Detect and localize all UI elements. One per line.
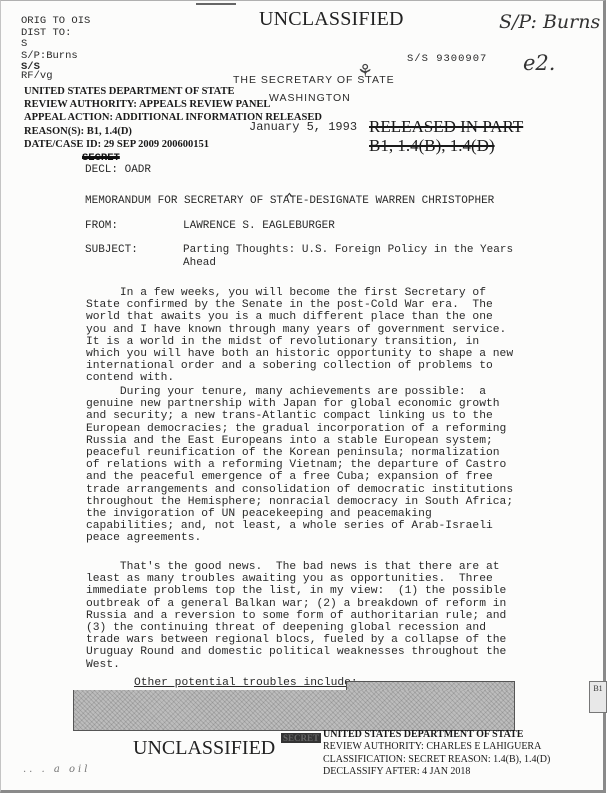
stamp-line: DATE/CASE ID: 29 SEP 2009 200600151 (24, 138, 322, 151)
routing-block: ORIG TO OIS DIST TO: S S/P:Burns S/S RF/… (21, 16, 90, 82)
from-value: LAWRENCE S. EAGLEBURGER (183, 220, 335, 232)
stamp-line: REVIEW AUTHORITY: CHARLES E LAHIGUERA (323, 741, 550, 753)
classification-bottom: UNCLASSIFIED (133, 737, 275, 760)
stamp-line: UNITED STATES DEPARTMENT OF STATE (24, 85, 322, 98)
release-reasons-stamp: B1, 1.4(B), 1.4(D) (369, 136, 495, 156)
declassification-line: DECL: OADR (85, 164, 151, 176)
from-label: FROM: (85, 220, 118, 232)
routing-line: ORIG TO OIS (21, 16, 90, 28)
old-classification-marking: SECRET (82, 152, 120, 164)
release-status-stamp: RELEASED IN PART (369, 117, 523, 137)
handwritten-note: S/P: Burns (499, 11, 600, 33)
scan-mark (196, 3, 236, 5)
memo-date: January 5, 1993 (249, 120, 357, 134)
subject-value: Parting Thoughts: U.S. Foreign Policy in… (183, 244, 523, 270)
review-stamp-top: UNITED STATES DEPARTMENT OF STATE REVIEW… (24, 85, 322, 151)
control-number: S/S 9300907 (407, 53, 487, 65)
stamp-line: CLASSIFICATION: SECRET REASON: 1.4(B), 1… (323, 754, 550, 766)
stamp-line: UNITED STATES DEPARTMENT OF STATE (323, 729, 550, 741)
memo-addressee: MEMORANDUM FOR SECRETARY OF STATE-DESIGN… (85, 195, 494, 207)
other-troubles-heading: Other potential troubles include: (134, 677, 358, 689)
eagle-seal-icon: ⚘ (357, 61, 373, 82)
review-stamp-bottom: UNITED STATES DEPARTMENT OF STATE REVIEW… (323, 729, 550, 778)
old-classification-marking: SECRET (281, 733, 321, 743)
body-paragraph: During your tenure, many achievements ar… (86, 386, 546, 545)
stamp-line: REVIEW AUTHORITY: APPEALS REVIEW PANEL (24, 98, 322, 111)
body-paragraph: That's the good news. The bad news is th… (86, 561, 546, 671)
routing-line: RF/vg (21, 71, 90, 83)
routing-line: DIST TO: (21, 28, 90, 40)
redaction-block (73, 690, 515, 731)
document-page: ORIG TO OIS DIST TO: S S/P:Burns S/S RF/… (0, 0, 606, 793)
redaction-exemption-marker: B1 (589, 681, 607, 713)
bottom-scribble: .. . a oil (23, 764, 90, 775)
subject-label: SUBJECT: (85, 244, 138, 256)
body-paragraph: In a few weeks, you will become the firs… (86, 287, 546, 385)
handwritten-note: e2. (523, 51, 555, 75)
classification-top: UNCLASSIFIED (259, 8, 404, 31)
routing-line: S (21, 39, 90, 51)
stamp-line: DECLASSIFY AFTER: 4 JAN 2018 (323, 766, 550, 778)
